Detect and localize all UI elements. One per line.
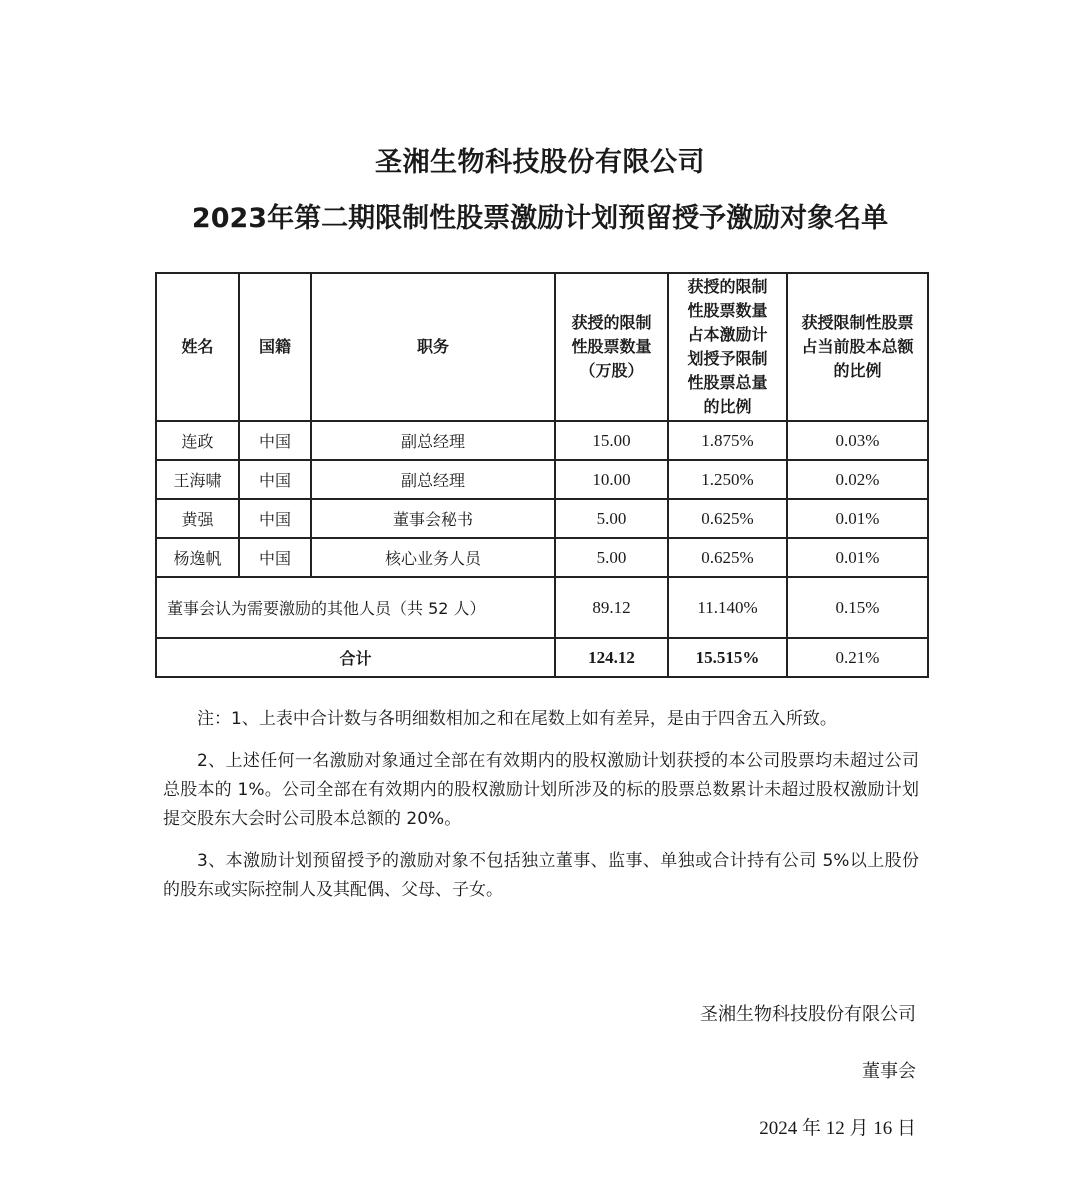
table-row: 杨逸帆 中国 核心业务人员 5.00 0.625% 0.01% <box>156 538 928 577</box>
cell-name: 黄强 <box>156 499 239 538</box>
cell-pct-of-plan: 0.625% <box>668 538 787 577</box>
cell-nationality: 中国 <box>239 421 311 460</box>
cell-name: 杨逸帆 <box>156 538 239 577</box>
cell-pct-of-plan: 0.625% <box>668 499 787 538</box>
table-header-row: 姓名 国籍 职务 获授的限制性股票数量（万股） 获授的限制性股票数量占本激励计划… <box>156 273 928 421</box>
signature-company: 圣湘生物科技股份有限公司 <box>700 1000 916 1026</box>
header-granted-shares: 获授的限制性股票数量（万股） <box>555 273 668 421</box>
cell-total-pct-of-capital: 0.21% <box>787 638 928 677</box>
note-3: 3、本激励计划预留授予的激励对象不包括独立董事、监事、单独或合计持有公司 5%以… <box>163 847 919 905</box>
cell-pct-of-capital: 0.03% <box>787 421 928 460</box>
table-row: 黄强 中国 董事会秘书 5.00 0.625% 0.01% <box>156 499 928 538</box>
cell-pct-of-plan: 1.875% <box>668 421 787 460</box>
table-row: 连政 中国 副总经理 15.00 1.875% 0.03% <box>156 421 928 460</box>
cell-pct-of-capital: 0.02% <box>787 460 928 499</box>
cell-pct-of-capital: 0.01% <box>787 538 928 577</box>
signature-board: 董事会 <box>862 1057 916 1083</box>
company-title: 圣湘生物科技股份有限公司 <box>0 140 1080 179</box>
cell-nationality: 中国 <box>239 460 311 499</box>
header-pct-of-plan: 获授的限制性股票数量占本激励计划授予限制性股票总量的比例 <box>668 273 787 421</box>
grant-table: 姓名 国籍 职务 获授的限制性股票数量（万股） 获授的限制性股票数量占本激励计划… <box>155 272 929 678</box>
header-name: 姓名 <box>156 273 239 421</box>
table-row: 王海啸 中国 副总经理 10.00 1.250% 0.02% <box>156 460 928 499</box>
cell-position: 副总经理 <box>311 460 555 499</box>
header-position: 职务 <box>311 273 555 421</box>
cell-granted-shares: 5.00 <box>555 538 668 577</box>
note-2: 2、上述任何一名激励对象通过全部在有效期内的股权激励计划获授的本公司股票均未超过… <box>163 747 919 834</box>
cell-position: 副总经理 <box>311 421 555 460</box>
header-pct-of-capital: 获授限制性股票占当前股本总额的比例 <box>787 273 928 421</box>
cell-other-label: 董事会认为需要激励的其他人员（共 52 人） <box>156 577 555 638</box>
cell-pct-of-plan: 1.250% <box>668 460 787 499</box>
cell-name: 王海啸 <box>156 460 239 499</box>
table-row-other-personnel: 董事会认为需要激励的其他人员（共 52 人） 89.12 11.140% 0.1… <box>156 577 928 638</box>
cell-nationality: 中国 <box>239 538 311 577</box>
header-nationality: 国籍 <box>239 273 311 421</box>
signature-date: 2024 年 12 月 16 日 <box>759 1113 916 1140</box>
cell-pct-of-capital: 0.01% <box>787 499 928 538</box>
table-row-total: 合计 124.12 15.515% 0.21% <box>156 638 928 677</box>
cell-nationality: 中国 <box>239 499 311 538</box>
notes-section: 注：1、上表中合计数与各明细数相加之和在尾数上如有差异，是由于四舍五入所致。 2… <box>163 705 919 918</box>
cell-total-label: 合计 <box>156 638 555 677</box>
cell-name: 连政 <box>156 421 239 460</box>
list-title: 2023年第二期限制性股票激励计划预留授予激励对象名单 <box>0 196 1080 235</box>
cell-granted-shares: 10.00 <box>555 460 668 499</box>
cell-position: 董事会秘书 <box>311 499 555 538</box>
cell-granted-shares: 89.12 <box>555 577 668 638</box>
cell-granted-shares: 15.00 <box>555 421 668 460</box>
cell-granted-shares: 5.00 <box>555 499 668 538</box>
cell-total-granted-shares: 124.12 <box>555 638 668 677</box>
cell-total-pct-of-plan: 15.515% <box>668 638 787 677</box>
cell-position: 核心业务人员 <box>311 538 555 577</box>
cell-pct-of-plan: 11.140% <box>668 577 787 638</box>
note-1: 注：1、上表中合计数与各明细数相加之和在尾数上如有差异，是由于四舍五入所致。 <box>163 705 919 734</box>
cell-pct-of-capital: 0.15% <box>787 577 928 638</box>
